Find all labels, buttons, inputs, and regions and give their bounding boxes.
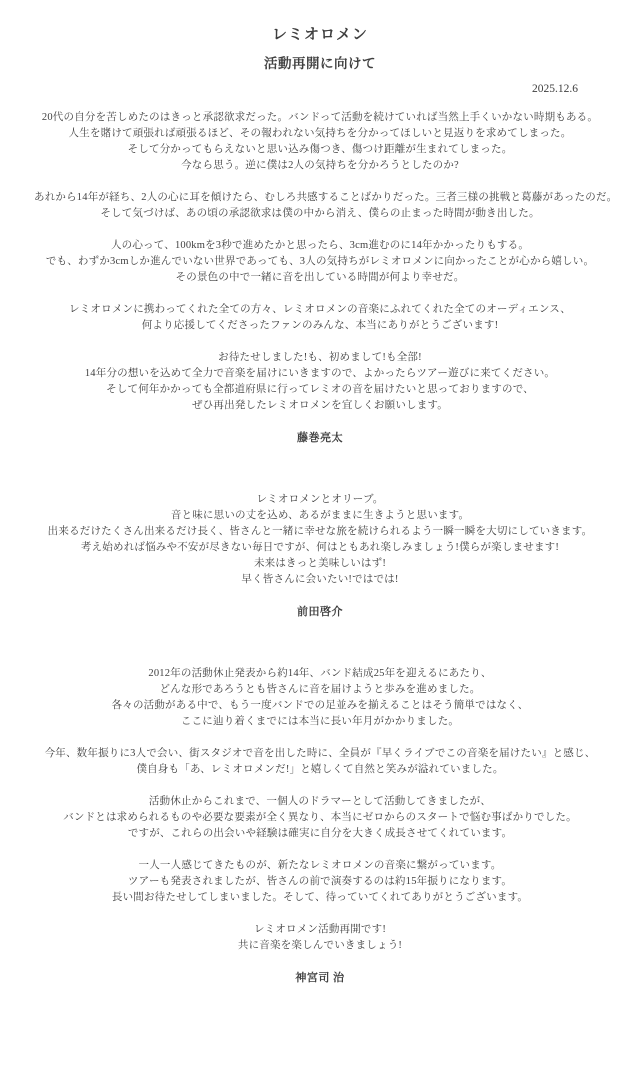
statement-line: その景色の中で一緒に音を出している時間が何より幸せだ。 <box>34 270 606 286</box>
paragraph: レミオロメンに携わってくれた全ての方々、レミオロメンの音楽にふれてくれた全てのオ… <box>34 302 606 334</box>
statement-line: 早く皆さんに会いたい!ではでは! <box>34 572 606 588</box>
statement-line: レミオロメン活動再開です! <box>34 922 606 938</box>
statement-line: 僕自身も「あ、レミオロメンだ!」と嬉しくて自然と笑みが溢れていました。 <box>34 762 606 778</box>
statement-line: 活動休止からこれまで、一個人のドラマーとして活動してきましたが、 <box>34 794 606 810</box>
statement-line: ですが、これらの出会いや経験は確実に自分を大きく成長させてくれています。 <box>34 826 606 842</box>
band-name-title: レミオロメン <box>34 26 606 44</box>
statement-line: そして気づけば、あの頃の承認欲求は僕の中から消え、僕らの止まった時間が動き出した… <box>34 206 606 222</box>
statement-line: レミオロメンに携わってくれた全ての方々、レミオロメンの音楽にふれてくれた全てのオ… <box>34 302 606 318</box>
statement-line: 今なら思う。逆に僕は2人の気持ちを分かろうとしたのか? <box>34 158 606 174</box>
statement-line: バンドとは求められるものや必要な要素が全く異なり、本当にゼロからのスタートで悩む… <box>34 810 606 826</box>
statement-line: 人の心って、100kmを3秒で進めたかと思ったら、3cm進むのに14年かかったり… <box>34 238 606 254</box>
statement-line: そして分かってもらえないと思い込み傷つき、傷つけ距離が生まれてしまった。 <box>34 142 606 158</box>
paragraph: 20代の自分を苦しめたのはきっと承認欲求だった。バンドって活動を続けていれば当然… <box>34 110 606 174</box>
statement-line: 14年分の想いを込めて全力で音楽を届けにいきますので、よかったらツアー遊びに来て… <box>34 366 606 382</box>
statement-title: 活動再開に向けて <box>34 55 606 72</box>
document-header: レミオロメン 活動再開に向けて 2025.12.6 <box>34 26 606 96</box>
letter-section: 20代の自分を苦しめたのはきっと承認欲求だった。バンドって活動を続けていれば当然… <box>34 110 606 446</box>
signature-name: 神宮司 治 <box>34 970 606 986</box>
statement-line: 考え始めれば悩みや不安が尽きない毎日ですが、何はともあれ楽しみましょう!僕らが楽… <box>34 540 606 556</box>
statement-line: 長い間お待たせしてしまいました。そして、待っていてくれてありがとうございます。 <box>34 890 606 906</box>
statement-line: 音と味に思いの丈を込め、あるがままに生きようと思います。 <box>34 508 606 524</box>
statement-line: 人生を賭けて頑張れば頑張るほど、その報われない気持ちを分かってほしいと見返りを求… <box>34 126 606 142</box>
statement-line: レミオロメンとオリーブ。 <box>34 492 606 508</box>
statement-line: 一人一人感じてきたものが、新たなレミオロメンの音楽に繋がっています。 <box>34 858 606 874</box>
paragraph: お待たせしました!も、初めまして!も全部!14年分の想いを込めて全力で音楽を届け… <box>34 350 606 414</box>
statement-line: どんな形であろうとも皆さんに音を届けようと歩みを進めました。 <box>34 682 606 698</box>
statement-line: 共に音楽を楽しんでいきましょう! <box>34 938 606 954</box>
statement-line: ぜひ再出発したレミオロメンを宜しくお願いします。 <box>34 398 606 414</box>
statement-line: ツアーも発表されましたが、皆さんの前で演奏するのは約15年振りになります。 <box>34 874 606 890</box>
paragraph: 2012年の活動休止発表から約14年、バンド結成25年を迎えるにあたり、どんな形… <box>34 666 606 730</box>
statement-line: 出来るだけたくさん出来るだけ長く、皆さんと一緒に幸せな旅を続けられるよう一瞬一瞬… <box>34 524 606 540</box>
statement-line: あれから14年が経ち、2人の心に耳を傾けたら、むしろ共感することばかりだった。三… <box>34 190 606 206</box>
date-text: 2025.12.6 <box>34 82 606 96</box>
paragraph: 活動休止からこれまで、一個人のドラマーとして活動してきましたが、バンドとは求めら… <box>34 794 606 842</box>
statement-document: レミオロメン 活動再開に向けて 2025.12.6 20代の自分を苦しめたのはき… <box>0 0 640 1072</box>
paragraph: 人の心って、100kmを3秒で進めたかと思ったら、3cm進むのに14年かかったり… <box>34 238 606 286</box>
statement-line: ここに辿り着くまでには本当に長い年月がかかりました。 <box>34 714 606 730</box>
paragraph: レミオロメン活動再開です!共に音楽を楽しんでいきましょう! <box>34 922 606 954</box>
statement-line: 未来はきっと美味しいはず! <box>34 556 606 572</box>
statement-line: 何より応援してくださったファンのみんな、本当にありがとうございます! <box>34 318 606 334</box>
statement-line: 各々の活動がある中で、もう一度バンドでの足並みを揃えることはそう簡単ではなく、 <box>34 698 606 714</box>
statement-line: 20代の自分を苦しめたのはきっと承認欲求だった。バンドって活動を続けていれば当然… <box>34 110 606 126</box>
statement-line: 今年、数年振りに3人で会い、街スタジオで音を出した時に、全員が『早くライブでこの… <box>34 746 606 762</box>
paragraph: あれから14年が経ち、2人の心に耳を傾けたら、むしろ共感することばかりだった。三… <box>34 190 606 222</box>
statement-line: お待たせしました!も、初めまして!も全部! <box>34 350 606 366</box>
paragraph: 今年、数年振りに3人で会い、街スタジオで音を出した時に、全員が『早くライブでこの… <box>34 746 606 778</box>
paragraph: レミオロメンとオリーブ。音と味に思いの丈を込め、あるがままに生きようと思います。… <box>34 492 606 588</box>
statement-line: でも、わずか3cmしか進んでいない世界であっても、3人の気持ちがレミオロメンに向… <box>34 254 606 270</box>
statement-line: そして何年かかっても全都道府県に行ってレミオの音を届けたいと思っておりますので、 <box>34 382 606 398</box>
signature-name: 前田啓介 <box>34 604 606 620</box>
letter-section: レミオロメンとオリーブ。音と味に思いの丈を込め、あるがままに生きようと思います。… <box>34 492 606 620</box>
statement-line: 2012年の活動休止発表から約14年、バンド結成25年を迎えるにあたり、 <box>34 666 606 682</box>
letter-section: 2012年の活動休止発表から約14年、バンド結成25年を迎えるにあたり、どんな形… <box>34 666 606 986</box>
letters-container: 20代の自分を苦しめたのはきっと承認欲求だった。バンドって活動を続けていれば当然… <box>34 110 606 986</box>
signature-name: 藤巻亮太 <box>34 430 606 446</box>
paragraph: 一人一人感じてきたものが、新たなレミオロメンの音楽に繋がっています。ツアーも発表… <box>34 858 606 906</box>
